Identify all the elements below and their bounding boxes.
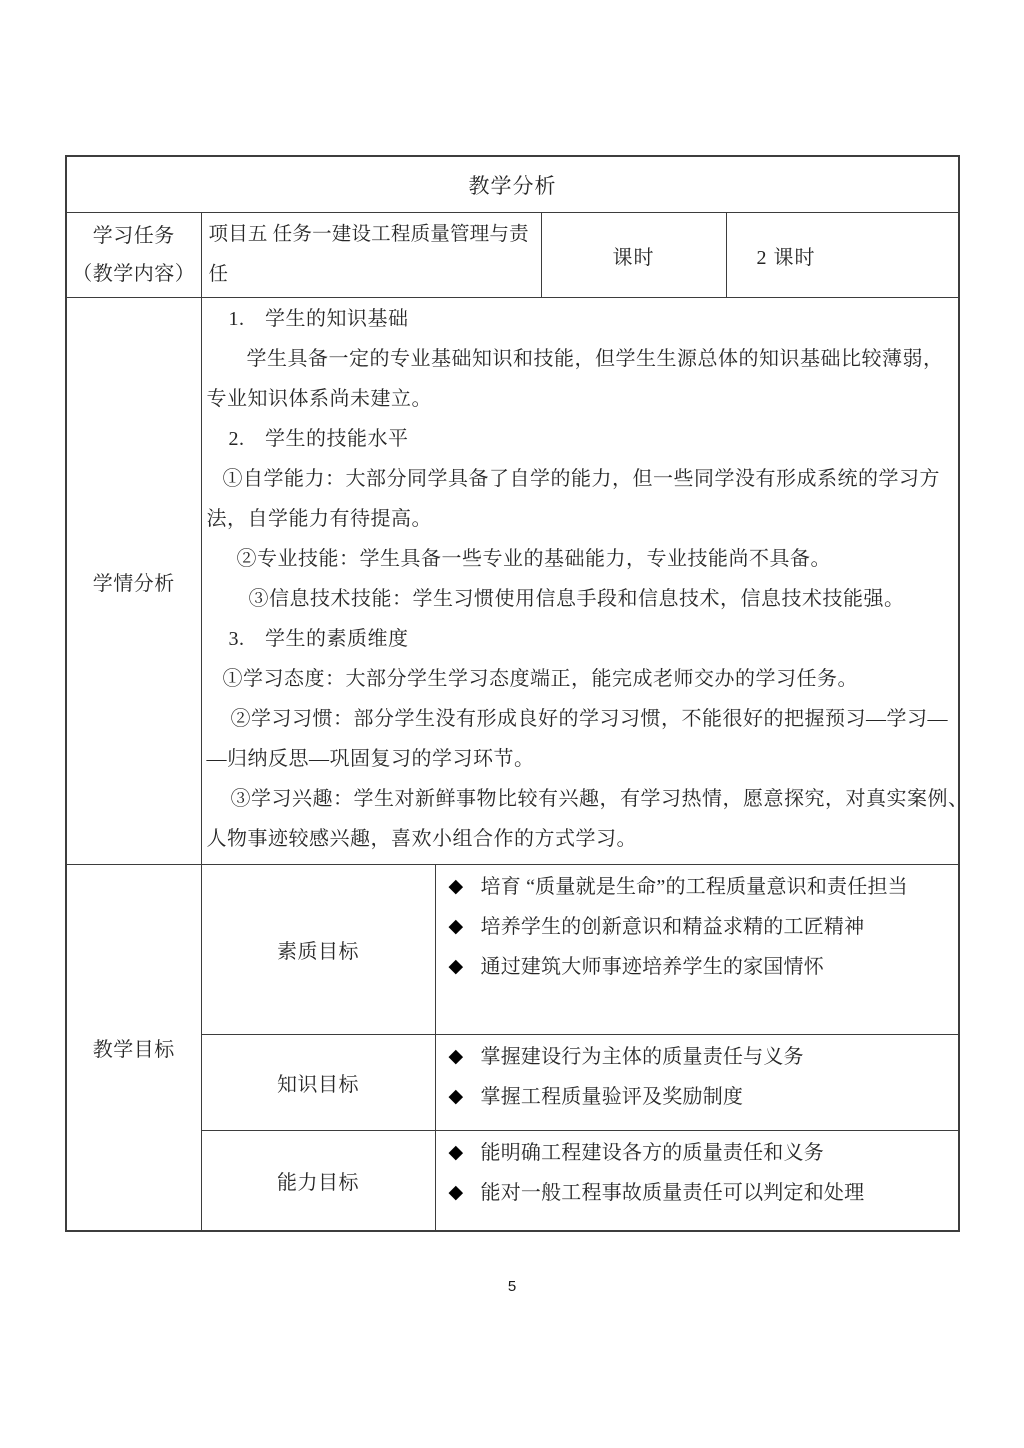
table-title: 教学分析 [66,156,959,213]
bullet-item: ◆能明确工程建设各方的质量责任和义务 [449,1133,955,1173]
bullet-item: ◆掌握工程质量验评及奖励制度 [449,1077,955,1117]
diamond-bullet-icon: ◆ [449,1077,481,1117]
bullet-text: 通过建筑大师事迹培养学生的家国情怀 [481,947,824,987]
bullet-text: 掌握工程质量验评及奖励制度 [481,1077,744,1117]
task-content-cell: 项目五 任务一建设工程质量管理与责任 [201,213,541,298]
xueqing-lines: 1. 学生的知识基础学生具备一定的专业基础知识和技能，但学生生源总体的知识基础比… [207,299,953,859]
text-line: ①学习态度：大部分学生学习态度端正，能完成老师交办的学习任务。 [207,659,953,699]
diamond-bullet-icon: ◆ [449,1133,481,1173]
hours-value-cell: 2 课时 [726,213,959,298]
goal-bullets-nengli: ◆能明确工程建设各方的质量责任和义务◆能对一般工程事故质量责任可以判定和处理 [435,1131,959,1232]
goal-name-zhishi: 知识目标 [201,1035,435,1131]
task-label-line2: （教学内容） [67,255,201,293]
xueqing-content-cell: 1. 学生的知识基础学生具备一定的专业基础知识和技能，但学生生源总体的知识基础比… [201,298,959,865]
task-label-cell: 学习任务 （教学内容） [66,213,201,298]
text-line: 学生具备一定的专业基础知识和技能，但学生生源总体的知识基础比较薄弱， [207,339,953,379]
text-line: ①自学能力：大部分同学具备了自学的能力，但一些同学没有形成系统的学习方 [207,459,953,499]
goals-label-cell: 教学目标 [66,865,201,1232]
diamond-bullet-icon: ◆ [449,1173,481,1213]
bullet-text: 能对一般工程事故质量责任可以判定和处理 [481,1173,865,1213]
bullet-text: 培养学生的创新意识和精益求精的工匠精神 [481,907,865,947]
diamond-bullet-icon: ◆ [449,907,481,947]
bullet-item: ◆掌握建设行为主体的质量责任与义务 [449,1037,955,1077]
text-line: ②学习习惯：部分学生没有形成良好的学习习惯，不能很好的把握预习—学习— [207,699,953,739]
text-line: 法，自学能力有待提高。 [207,499,953,539]
hours-label-cell: 课时 [541,213,726,298]
page-container: { "page": { "number": "5" }, "table": { … [0,0,1024,1448]
goal-name-suzhi: 素质目标 [201,865,435,1035]
page-number: 5 [0,1278,1024,1295]
text-line: 3. 学生的素质维度 [207,619,953,659]
xueqing-label-cell: 学情分析 [66,298,201,865]
text-line: ②专业技能：学生具备一些专业的基础能力，专业技能尚不具备。 [207,539,953,579]
text-line: 2. 学生的技能水平 [207,419,953,459]
bullet-item: ◆培育 “质量就是生命”的工程质量意识和责任担当 [449,867,955,907]
goal-bullets-suzhi: ◆培育 “质量就是生命”的工程质量意识和责任担当◆培养学生的创新意识和精益求精的… [435,865,959,1035]
text-line: —归纳反思—巩固复习的学习环节。 [207,739,953,779]
text-line: 人物事迹较感兴趣，喜欢小组合作的方式学习。 [207,819,953,859]
goal-bullets-zhishi: ◆掌握建设行为主体的质量责任与义务◆掌握工程质量验评及奖励制度 [435,1035,959,1131]
bullet-item: ◆通过建筑大师事迹培养学生的家国情怀 [449,947,955,987]
text-line: ③信息技术技能：学生习惯使用信息手段和信息技术，信息技术技能强。 [207,579,953,619]
bullet-text: 掌握建设行为主体的质量责任与义务 [481,1037,804,1077]
diamond-bullet-icon: ◆ [449,947,481,987]
diamond-bullet-icon: ◆ [449,1037,481,1077]
text-line: ③学习兴趣：学生对新鲜事物比较有兴趣，有学习热情，愿意探究，对真实案例、 [207,779,953,819]
bullet-item: ◆能对一般工程事故质量责任可以判定和处理 [449,1173,955,1213]
bullet-text: 能明确工程建设各方的质量责任和义务 [481,1133,824,1173]
bullet-item: ◆培养学生的创新意识和精益求精的工匠精神 [449,907,955,947]
teaching-analysis-table: 教学分析 学习任务 （教学内容） 项目五 任务一建设工程质量管理与责任 课时 2… [65,155,960,1232]
diamond-bullet-icon: ◆ [449,867,481,907]
goal-name-nengli: 能力目标 [201,1131,435,1232]
bullet-text: 培育 “质量就是生命”的工程质量意识和责任担当 [481,867,908,907]
text-line: 专业知识体系尚未建立。 [207,379,953,419]
text-line: 1. 学生的知识基础 [207,299,953,339]
task-label-line1: 学习任务 [67,217,201,255]
